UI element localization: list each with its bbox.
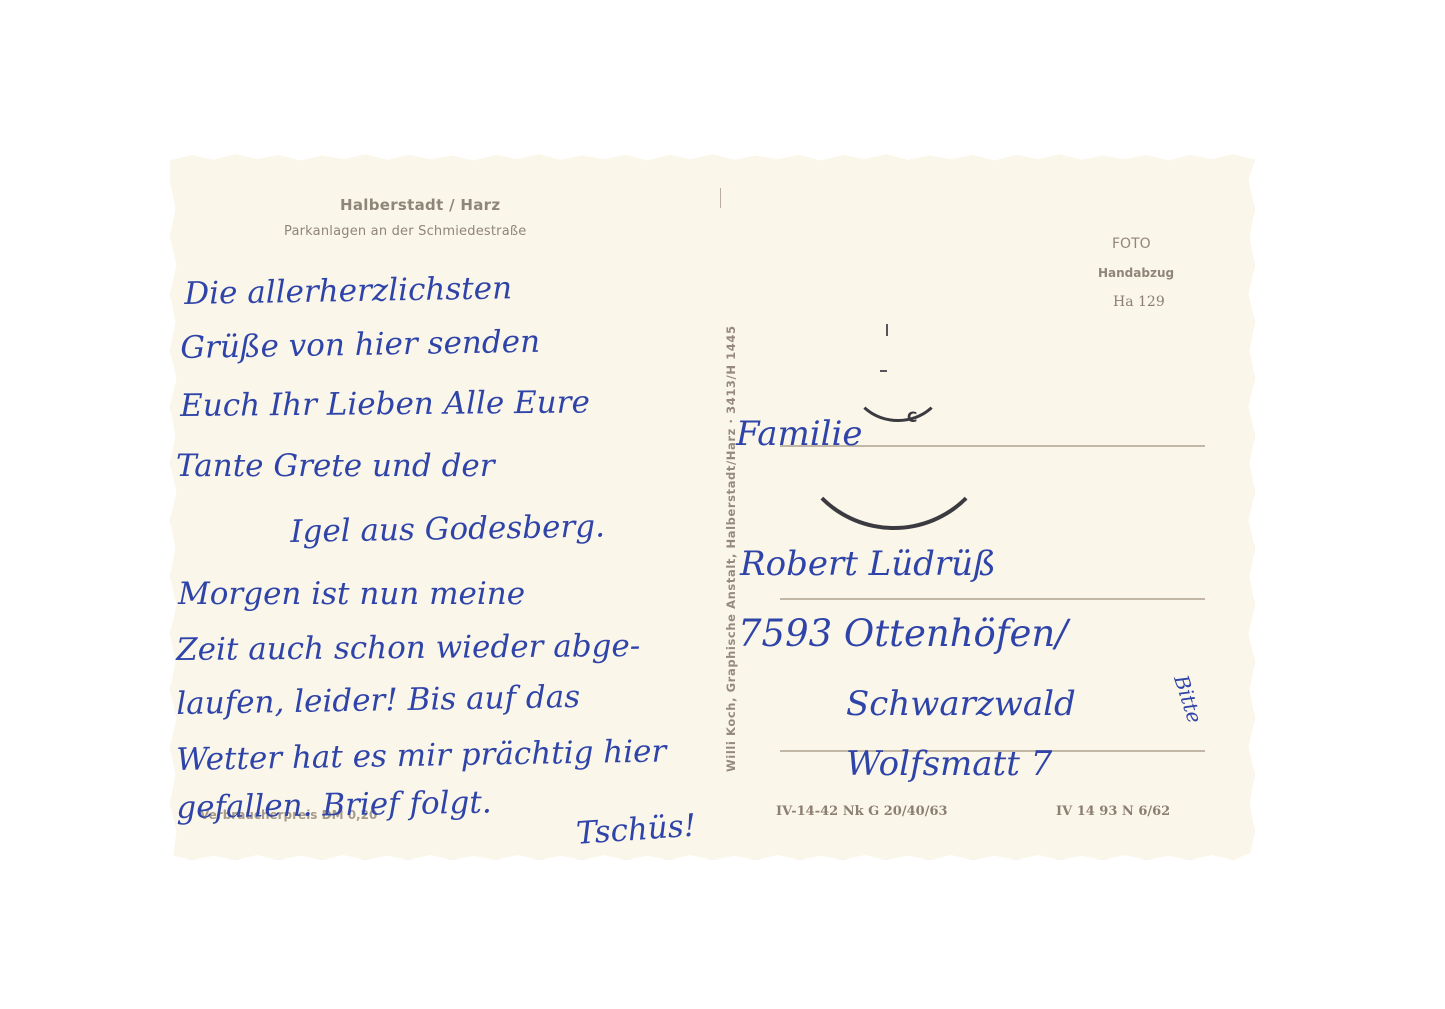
postcard-back: Halberstadt / Harz Parkanlagen an der Sc… [170,152,1255,860]
postmark-dash [880,370,887,372]
message-line: laufen, leider! Bis auf das [176,679,580,722]
message-line: Tante Grete und der [176,448,495,484]
address-city: 7593 Ottenhöfen/ [738,612,1068,655]
address-region: Schwarzwald [846,684,1076,724]
photo-label: FOTO [1112,236,1151,252]
address-street: Wolfsmatt 7 [846,744,1052,784]
postmark-inner-arc [850,336,946,422]
photo-number: Ha 129 [1113,294,1165,310]
postcard-subtitle: Parkanlagen an der Schmiedestraße [284,224,526,239]
message-line: gefallen. Brief folgt. [176,784,492,825]
address-name: Robert Lüdrüß [740,544,996,584]
center-divider [720,188,721,208]
address-line-2 [780,598,1205,600]
message-line: Igel aus Godesberg. [290,509,605,550]
address-margin-note: Bitte [1169,672,1207,726]
publisher-imprint: Willi Koch, Graphische Anstalt, Halberst… [724,325,738,772]
message-line: Grüße von hier senden [180,324,540,366]
message-line: Wetter hat es mir prächtig hier [176,733,667,778]
message-signoff: Tschüs! [575,808,697,852]
photo-type: Handabzug [1098,266,1174,280]
message-line: Zeit auch schon wieder abge- [176,628,640,668]
postcard-title: Halberstadt / Harz [340,196,500,214]
postmark-letter: C [907,410,917,426]
print-code-right: IV 14 93 N 6/62 [1056,804,1170,819]
address-salutation: Familie [736,414,863,454]
message-line: Euch Ihr Lieben Alle Eure [180,384,590,424]
print-code-left: IV-14-42 Nk G 20/40/63 [776,804,948,819]
message-line: Morgen ist nun meine [178,576,525,612]
message-line: Die allerherzlichsten [184,270,512,312]
postmark-mark [886,324,888,336]
